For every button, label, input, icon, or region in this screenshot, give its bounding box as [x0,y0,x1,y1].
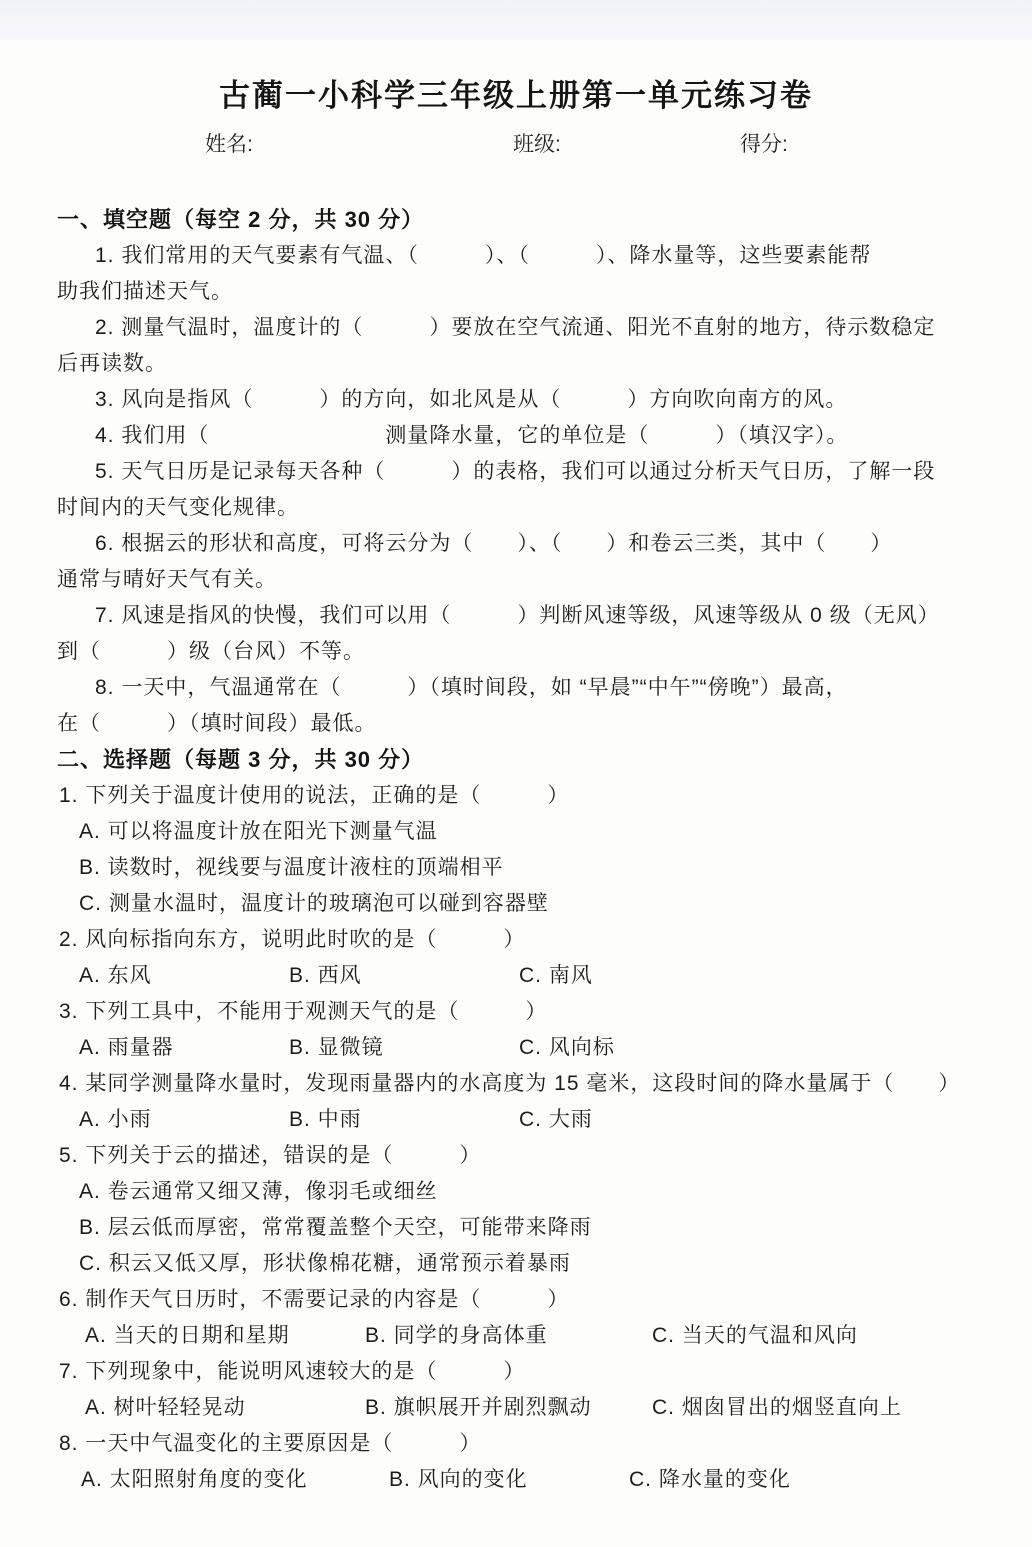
choice-q2-option-a: A. 东风 [79,958,289,994]
fill-q1-line2: 助我们描述天气。 [57,274,997,310]
exam-paper-page: 古蔺一小科学三年级上册第一单元练习卷 姓名: 班级: 得分: 一、填空题（每空 … [0,0,1032,1547]
choice-q3-option-a: A. 雨量器 [79,1030,289,1066]
scan-top-edge [0,0,1032,41]
fill-q5-line2: 时间内的天气变化规律。 [57,490,997,526]
choice-q7-stem: 7. 下列现象中，能说明风速较大的是（ ） [57,1354,997,1390]
choice-q4-options: A. 小雨 B. 中雨 C. 大雨 [57,1102,997,1138]
fill-q7-line2: 到（ ）级（台风）不等。 [57,634,997,670]
choice-q7-option-b: B. 旗帜展开并剧烈飘动 [365,1390,652,1426]
choice-q6-options: A. 当天的日期和星期 B. 同学的身高体重 C. 当天的气温和风向 [57,1318,997,1354]
fill-q2-line2: 后再读数。 [57,346,997,382]
choice-q2-option-c: C. 南风 [519,958,593,994]
fill-q8-line2: 在（ ）（填时间段）最低。 [57,706,997,742]
choice-q1-option-c: C. 测量水温时，温度计的玻璃泡可以碰到容器壁 [57,886,997,922]
choice-q3-options: A. 雨量器 B. 显微镜 C. 风向标 [57,1030,997,1066]
class-label: 班级: [513,128,561,158]
choice-q7-option-c: C. 烟囱冒出的烟竖直向上 [652,1390,902,1426]
fill-q4: 4. 我们用（ 测量降水量，它的单位是（ ）（填汉字）。 [57,418,997,454]
name-label: 姓名: [205,128,253,158]
choice-q5-option-c: C. 积云又低又厚，形状像棉花糖，通常预示着暴雨 [57,1246,997,1282]
choice-q5-option-a: A. 卷云通常又细又薄，像羽毛或细丝 [57,1174,997,1210]
section1-heading: 一、填空题（每空 2 分，共 30 分） [57,202,997,238]
choice-q4-option-b: B. 中雨 [289,1102,519,1138]
choice-q4-option-c: C. 大雨 [519,1102,593,1138]
choice-q8-option-a: A. 太阳照射角度的变化 [81,1462,389,1498]
choice-q1-option-b: B. 读数时，视线要与温度计液柱的顶端相平 [57,850,997,886]
fill-q6-line2: 通常与晴好天气有关。 [57,562,997,598]
choice-q8-option-c: C. 降水量的变化 [629,1462,791,1498]
choice-q8-options: A. 太阳照射角度的变化 B. 风向的变化 C. 降水量的变化 [57,1462,997,1498]
choice-q8-option-b: B. 风向的变化 [389,1462,629,1498]
fill-q7-line1: 7. 风速是指风的快慢，我们可以用（ ）判断风速等级，风速等级从 0 级（无风） [57,598,997,634]
choice-q4-option-a: A. 小雨 [79,1102,289,1138]
fill-q3: 3. 风向是指风（ ）的方向，如北风是从（ ）方向吹向南方的风。 [57,382,997,418]
fill-q8-line1: 8. 一天中，气温通常在（ ）（填时间段，如 “早晨”“中午”“傍晚”）最高， [57,670,997,706]
page-title: 古蔺一小科学三年级上册第一单元练习卷 [0,70,1032,115]
choice-q6-option-a: A. 当天的日期和星期 [85,1318,365,1354]
fill-q5-line1: 5. 天气日历是记录每天各种（ ）的表格，我们可以通过分析天气日历，了解一段 [57,454,997,490]
choice-q2-stem: 2. 风向标指向东方，说明此时吹的是（ ） [57,922,997,958]
choice-q6-option-c: C. 当天的气温和风向 [652,1318,858,1354]
choice-q4-stem: 4. 某同学测量降水量时，发现雨量器内的水高度为 15 毫米，这段时间的降水量属… [57,1066,997,1102]
choice-q3-option-b: B. 显微镜 [289,1030,519,1066]
choice-q1-stem: 1. 下列关于温度计使用的说法，正确的是（ ） [57,778,997,814]
choice-q1-option-a: A. 可以将温度计放在阳光下测量气温 [57,814,997,850]
fill-q1-line1: 1. 我们常用的天气要素有气温、（ ）、（ ）、降水量等，这些要素能帮 [57,238,997,274]
choice-q3-stem: 3. 下列工具中，不能用于观测天气的是（ ） [57,994,997,1030]
choice-q2-option-b: B. 西风 [289,958,519,994]
choice-q7-options: A. 树叶轻轻晃动 B. 旗帜展开并剧烈飘动 C. 烟囱冒出的烟竖直向上 [57,1390,997,1426]
choice-q6-stem: 6. 制作天气日历时，不需要记录的内容是（ ） [57,1282,997,1318]
section2-heading: 二、选择题（每题 3 分，共 30 分） [57,742,997,778]
paper-body: 一、填空题（每空 2 分，共 30 分） 1. 我们常用的天气要素有气温、（ ）… [57,202,997,1498]
choice-q6-option-b: B. 同学的身高体重 [365,1318,652,1354]
student-info-row: 姓名: 班级: 得分: [0,128,1032,156]
fill-q2-line1: 2. 测量气温时，温度计的（ ）要放在空气流通、阳光不直射的地方，待示数稳定 [57,310,997,346]
choice-q5-option-b: B. 层云低而厚密，常常覆盖整个天空，可能带来降雨 [57,1210,997,1246]
choice-q2-options: A. 东风 B. 西风 C. 南风 [57,958,997,994]
choice-q8-stem: 8. 一天中气温变化的主要原因是（ ） [57,1426,997,1462]
choice-q5-stem: 5. 下列关于云的描述，错误的是（ ） [57,1138,997,1174]
choice-q3-option-c: C. 风向标 [519,1030,615,1066]
fill-q6-line1: 6. 根据云的形状和高度，可将云分为（ ）、（ ）和卷云三类，其中（ ） [57,526,997,562]
score-label: 得分: [740,128,788,158]
choice-q7-option-a: A. 树叶轻轻晃动 [85,1390,365,1426]
